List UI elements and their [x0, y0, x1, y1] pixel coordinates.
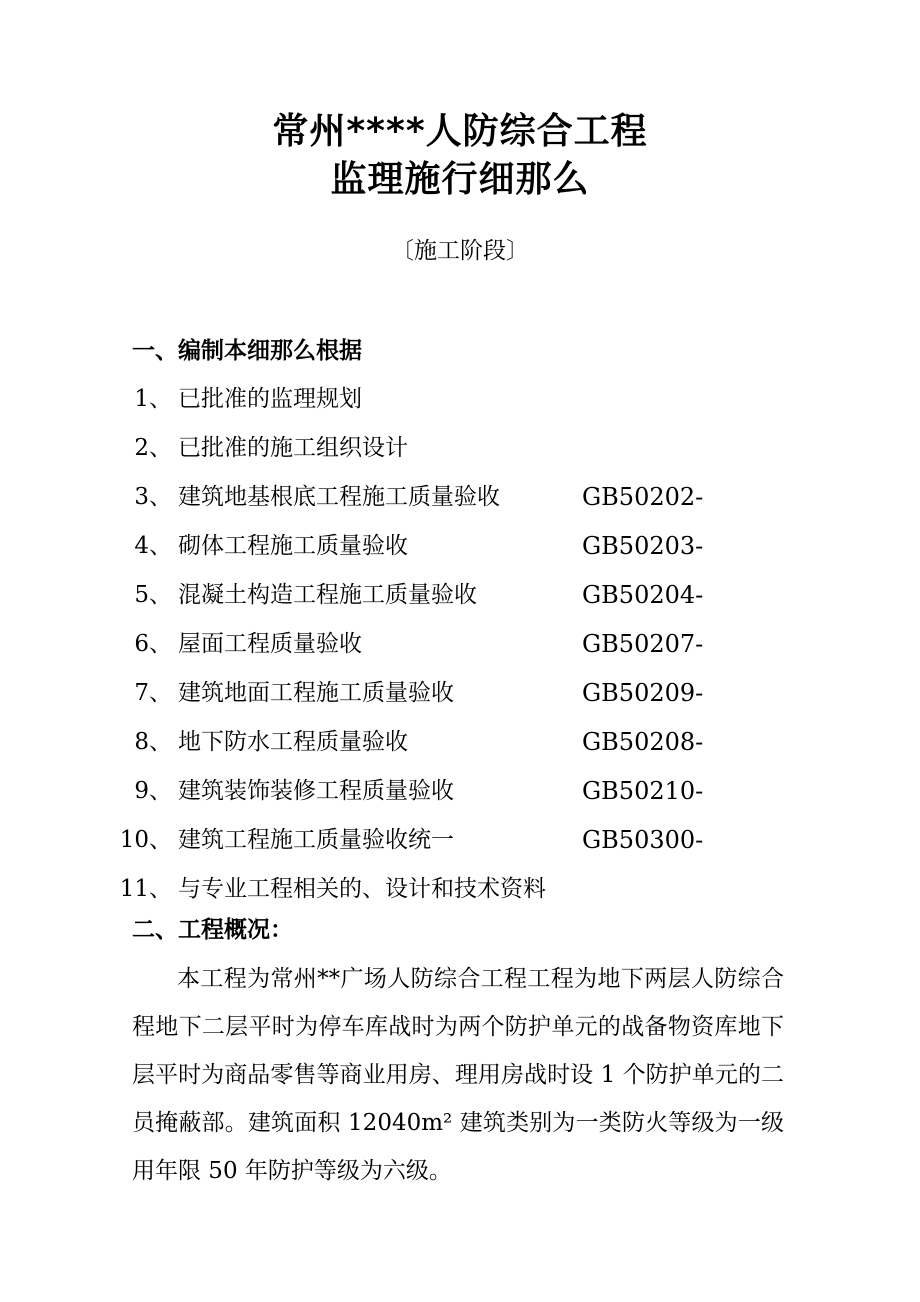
item-number: 5、	[110, 571, 172, 620]
item-text: 建筑地面工程施工质量验收	[178, 680, 454, 706]
gb-code: GB50208-	[582, 718, 703, 767]
item-number: 8、	[110, 718, 172, 767]
list-item: 2、已批准的施工组织设计	[110, 424, 920, 473]
document-title-line2: 监理施行细那么	[0, 156, 920, 204]
paragraph-line: 员掩蔽部。建筑面积 12040m² 建筑类别为一类防火等级为一级合理使	[132, 1099, 784, 1147]
item-text: 屋面工程质量验收	[178, 631, 362, 657]
item-number: 6、	[110, 620, 172, 669]
list-item: 4、砌体工程施工质量验收GB50203-	[110, 522, 920, 571]
document-title-line1: 常州****人防综合工程	[0, 108, 920, 156]
list-item: 5、混凝土构造工程施工质量验收GB50204-	[110, 571, 920, 620]
overview-paragraph: 本工程为常州**广场人防综合工程工程为地下两层人防综合工 程地下二层平时为停车库…	[132, 955, 784, 1195]
item-text: 建筑地基根底工程施工质量验收	[178, 484, 500, 510]
paragraph-line: 层平时为商品零售等商业用房、理用房战时设 1 个防护单元的二等人	[132, 1051, 784, 1099]
gb-code: GB50300-	[582, 816, 703, 865]
paragraph-line: 用年限 50 年防护等级为六级。	[132, 1147, 784, 1195]
list-item: 8、地下防水工程质量验收GB50208-	[110, 718, 920, 767]
document-page: 常州****人防综合工程 监理施行细那么 〔施工阶段〕 一、编制本细那么根据 1…	[0, 0, 920, 1302]
item-number: 10、	[110, 816, 172, 865]
item-text: 已批准的监理规划	[178, 386, 362, 412]
item-text: 混凝土构造工程施工质量验收	[178, 582, 477, 608]
document-title: 常州****人防综合工程 监理施行细那么	[0, 108, 920, 204]
list-item: 3、建筑地基根底工程施工质量验收GB50202-	[110, 473, 920, 522]
gb-code: GB50207-	[582, 620, 703, 669]
gb-code: GB50210-	[582, 767, 703, 816]
item-text: 与专业工程相关的、设计和技术资料	[178, 876, 546, 902]
item-text: 砌体工程施工质量验收	[178, 533, 408, 559]
gb-code: GB50202-	[582, 473, 703, 522]
item-text: 已批准的施工组织设计	[178, 435, 408, 461]
item-number: 2、	[110, 424, 172, 473]
section-1-heading: 一、编制本细那么根据	[132, 337, 362, 365]
gb-code: GB50203-	[582, 522, 703, 571]
item-number: 7、	[110, 669, 172, 718]
list-item: 9、建筑装饰装修工程质量验收GB50210-	[110, 767, 920, 816]
document-subtitle: 〔施工阶段〕	[0, 236, 920, 266]
paragraph-line: 本工程为常州**广场人防综合工程工程为地下两层人防综合工	[132, 955, 784, 1003]
paragraph-line: 程地下二层平时为停车库战时为两个防护单元的战备物资库地下一	[132, 1003, 784, 1051]
item-text: 建筑装饰装修工程质量验收	[178, 778, 454, 804]
item-number: 4、	[110, 522, 172, 571]
list-item: 1、已批准的监理规划	[110, 375, 920, 424]
item-text: 建筑工程施工质量验收统一	[178, 827, 454, 853]
gb-code: GB50204-	[582, 571, 703, 620]
basis-list: 1、已批准的监理规划 2、已批准的施工组织设计 3、建筑地基根底工程施工质量验收…	[110, 375, 920, 914]
list-item: 10、建筑工程施工质量验收统一GB50300-	[110, 816, 920, 865]
item-text: 地下防水工程质量验收	[178, 729, 408, 755]
item-number: 9、	[110, 767, 172, 816]
item-number: 3、	[110, 473, 172, 522]
list-item: 7、建筑地面工程施工质量验收GB50209-	[110, 669, 920, 718]
list-item: 11、与专业工程相关的、设计和技术资料	[110, 865, 920, 914]
item-number: 1、	[110, 375, 172, 424]
gb-code: GB50209-	[582, 669, 703, 718]
item-number: 11、	[110, 865, 172, 914]
list-item: 6、屋面工程质量验收GB50207-	[110, 620, 920, 669]
section-2-heading: 二、工程概况：	[132, 916, 293, 944]
